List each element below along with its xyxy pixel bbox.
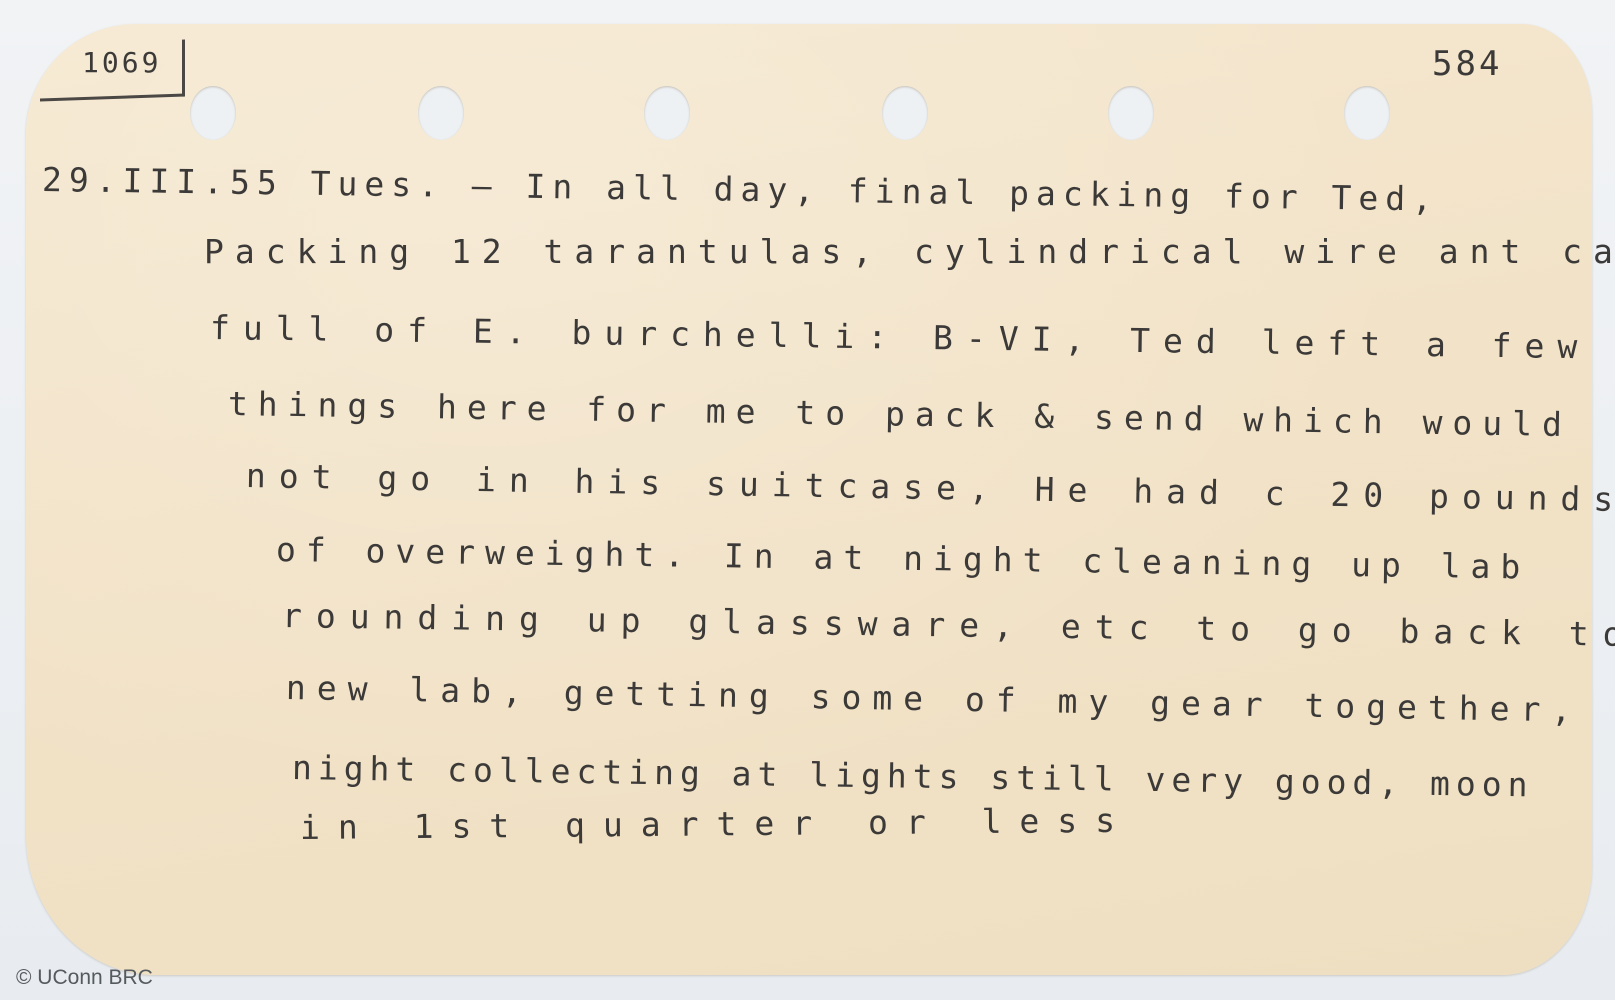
page-number: 584 (1432, 44, 1502, 84)
punch-hole (418, 86, 464, 140)
punch-hole (1108, 86, 1154, 140)
punch-hole (644, 86, 690, 140)
scanned-document: 1069 584 29.III.55 Tues. — In all day, f… (0, 0, 1615, 1000)
punch-hole (190, 86, 236, 140)
copyright-watermark: © UConn BRC (16, 966, 153, 990)
handwritten-line: Packing 12 tarantulas, cylindrical wire … (204, 232, 1615, 271)
catalog-number: 1069 (82, 46, 161, 79)
handwritten-line: in 1st quarter or less (300, 801, 1133, 847)
punch-hole (882, 86, 928, 140)
punch-hole (1344, 86, 1390, 140)
